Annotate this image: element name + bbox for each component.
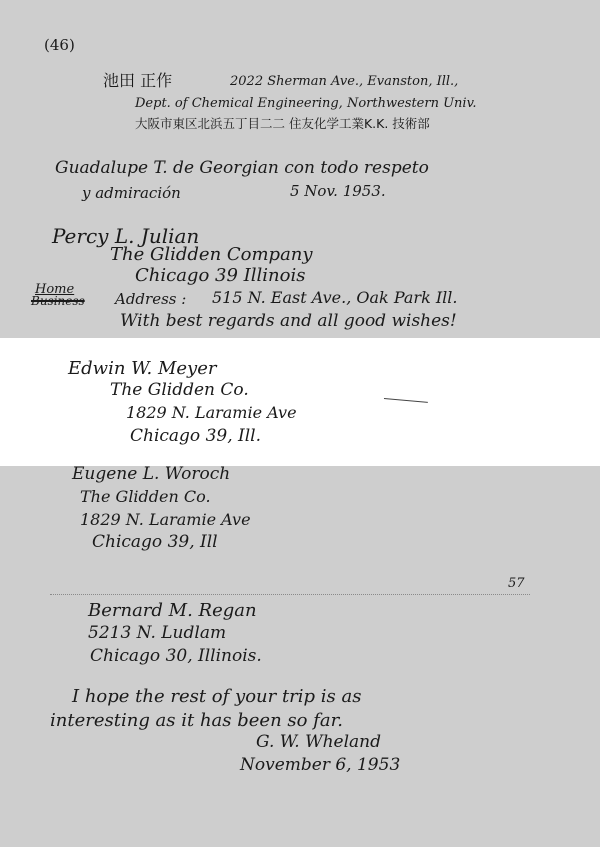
wheland-line1: I hope the rest of your trip is as — [72, 688, 361, 706]
julian-note: With best regards and all good wishes! — [120, 313, 457, 330]
meyer-company: The Glidden Co. — [110, 382, 249, 399]
ikeda-name: 池田 正作 — [103, 73, 172, 89]
wheland-signature: G. W. Wheland — [256, 734, 381, 751]
meyer-name: Edwin W. Meyer — [68, 360, 216, 378]
julian-company: The Glidden Company — [110, 246, 313, 264]
page-label: (46) — [44, 38, 75, 53]
georgian-line1: Guadalupe T. de Georgian con todo respet… — [55, 160, 429, 177]
page-marker-57: 57 — [508, 577, 525, 590]
meyer-city: Chicago 39, Ill. — [130, 428, 261, 445]
woroch-city: Chicago 39, Ill — [92, 534, 218, 551]
regan-street: 5213 N. Ludlam — [88, 625, 226, 642]
julian-city: Chicago 39 Illinois — [135, 267, 305, 285]
julian-address: 515 N. East Ave., Oak Park Ill. — [212, 290, 457, 306]
julian-name: Percy L. Julian — [52, 226, 199, 246]
regan-name: Bernard M. Regan — [88, 602, 257, 620]
georgian-line2: y admiración — [82, 186, 181, 201]
wheland-line2: interesting as it has been so far. — [50, 712, 343, 730]
woroch-street: 1829 N. Laramie Ave — [80, 512, 251, 528]
julian-address-label: Address : — [115, 292, 186, 307]
meyer-street: 1829 N. Laramie Ave — [126, 405, 297, 421]
fold-line — [50, 594, 530, 595]
julian-struck-word: Business — [31, 295, 85, 307]
woroch-company: The Glidden Co. — [80, 489, 211, 505]
ikeda-department: Dept. of Chemical Engineering, Northwest… — [135, 97, 477, 110]
woroch-name: Eugene L. Woroch — [72, 466, 230, 483]
regan-city: Chicago 30, Illinois. — [90, 648, 262, 665]
ikeda-address-japan: 大阪市東区北浜五丁目二二 住友化学工業K.K. 技術部 — [135, 118, 430, 131]
georgian-date: 5 Nov. 1953. — [290, 184, 386, 199]
ikeda-address-us: 2022 Sherman Ave., Evanston, Ill., — [230, 75, 458, 88]
wheland-date: November 6, 1953 — [240, 757, 400, 774]
autograph-page: (46) 池田 正作 2022 Sherman Ave., Evanston, … — [0, 0, 600, 847]
